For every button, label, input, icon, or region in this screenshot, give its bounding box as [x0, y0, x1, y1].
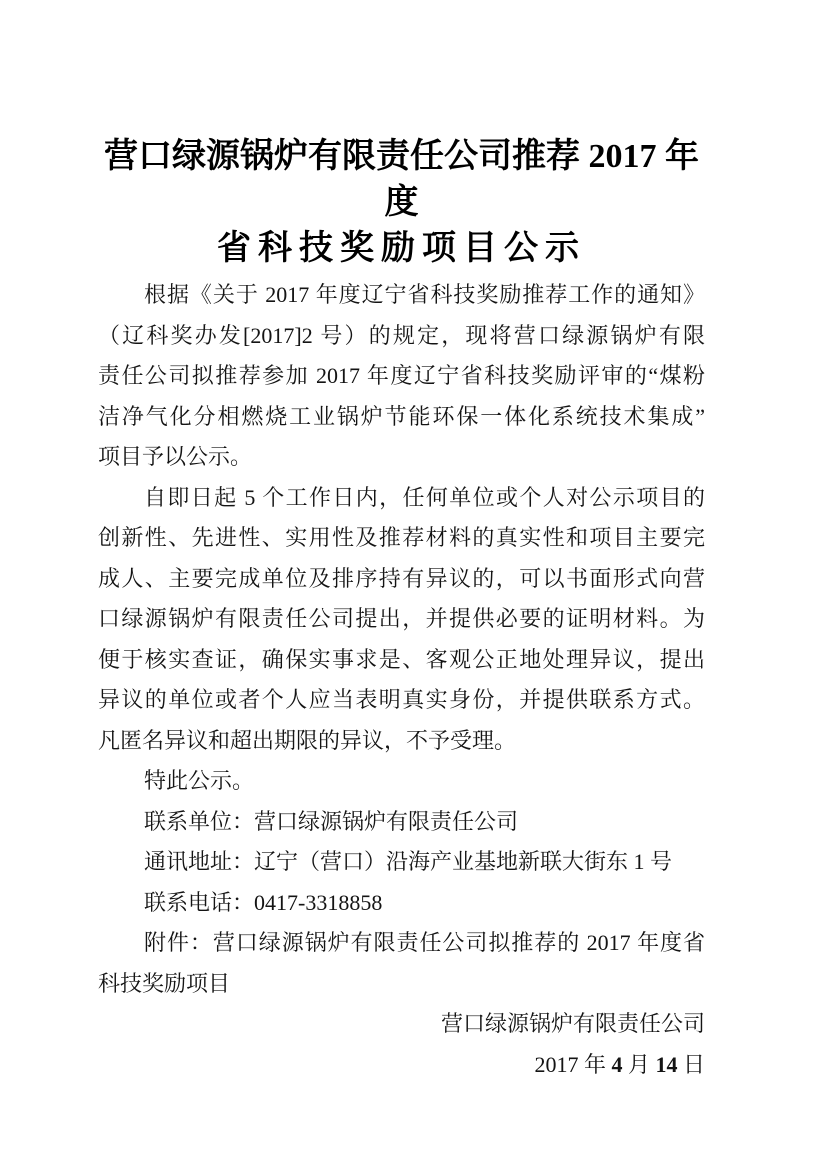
paragraph2-line1: 自即日起 5 个工作日内，任何单位或个人对公示项目的: [98, 478, 705, 519]
paragraph1-line3: 责任公司拟推荐参加 2017 年度辽宁省科技奖励评审的“煤粉: [98, 356, 705, 397]
paragraph1-line2: （辽科奖办发[2017]2 号）的规定，现将营口绿源锅炉有限: [98, 316, 705, 357]
date-text: 日: [677, 1052, 705, 1077]
document-body: 根据《关于 2017 年度辽宁省科技奖励推荐工作的通知》（辽科奖办发[2017]…: [98, 275, 705, 1085]
date-text: 月: [622, 1052, 655, 1077]
paragraph1-line4: 洁净气化分相燃烧工业锅炉节能环保一体化系统技术集成”: [98, 397, 705, 438]
date-number: 4: [611, 1052, 622, 1077]
paragraph2-line3: 成人、主要完成单位及排序持有异议的，可以书面形式向营: [98, 559, 705, 600]
closing-line: 特此公示。: [98, 761, 705, 802]
paragraph2-line2: 创新性、先进性、实用性及推荐材料的真实性和项目主要完: [98, 518, 705, 559]
signature-date-line: 2017 年 4 月 14 日: [98, 1045, 705, 1086]
attachment-line2: 科技奖励项目: [98, 964, 705, 1005]
attachment-line1: 附件：营口绿源锅炉有限责任公司拟推荐的 2017 年度省: [98, 923, 705, 964]
date-text: 2017 年: [534, 1052, 611, 1077]
paragraph1-line5: 项目予以公示。: [98, 437, 705, 478]
doc-title-line-2: 省科技奖励项目公示: [98, 226, 705, 272]
doc-title: 营口绿源锅炉有限责任公司推荐 2017 年度 省科技奖励项目公示: [98, 134, 705, 272]
document-page: 营口绿源锅炉有限责任公司推荐 2017 年度 省科技奖励项目公示 根据《关于 2…: [0, 0, 826, 1169]
date-number: 14: [655, 1052, 677, 1077]
paragraph2-line4: 口绿源锅炉有限责任公司提出，并提供必要的证明材料。为: [98, 599, 705, 640]
doc-title-line-1: 营口绿源锅炉有限责任公司推荐 2017 年度: [98, 134, 705, 226]
contact-phone-line: 联系电话：0417-3318858: [98, 883, 705, 924]
paragraph2-line6: 异议的单位或者个人应当表明真实身份，并提供联系方式。: [98, 680, 705, 721]
paragraph2-line7: 凡匿名异议和超出期限的异议，不予受理。: [98, 721, 705, 762]
signature-company-line: 营口绿源锅炉有限责任公司: [98, 1004, 705, 1045]
contact-address-line: 通讯地址：辽宁（营口）沿海产业基地新联大街东 1 号: [98, 842, 705, 883]
contact-unit-line: 联系单位：营口绿源锅炉有限责任公司: [98, 802, 705, 843]
paragraph2-line5: 便于核实查证，确保实事求是、客观公正地处理异议，提出: [98, 640, 705, 681]
paragraph1-line1: 根据《关于 2017 年度辽宁省科技奖励推荐工作的通知》: [98, 275, 705, 316]
